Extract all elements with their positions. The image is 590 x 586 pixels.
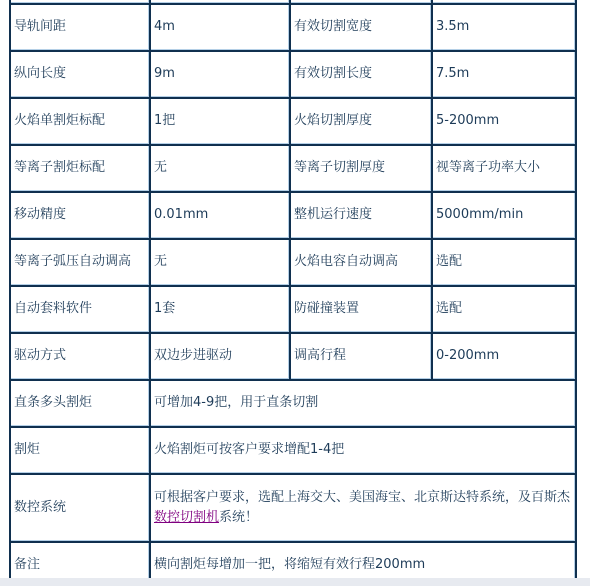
table-row: 移动精度 0.01mm 整机运行速度 5000mm/min bbox=[10, 192, 576, 239]
spec-value: 1套 bbox=[150, 286, 290, 333]
page-footer-strip bbox=[0, 578, 590, 586]
spec-value: 0-200mm bbox=[432, 333, 576, 380]
spec-value: 4m bbox=[150, 4, 290, 51]
spec-label: 火焰切割厚度 bbox=[290, 98, 432, 145]
spec-label: 火焰电容自动调高 bbox=[290, 239, 432, 286]
table-row: 导轨间距 4m 有效切割宽度 3.5m bbox=[10, 4, 576, 51]
spec-label: 自动套料软件 bbox=[10, 286, 150, 333]
table-row: 纵向长度 9m 有效切割长度 7.5m bbox=[10, 51, 576, 98]
spec-label: 有效切割长度 bbox=[290, 51, 432, 98]
spec-value: 9m bbox=[150, 51, 290, 98]
spec-label: 等离子切割厚度 bbox=[290, 145, 432, 192]
table-row: 自动套料软件 1套 防碰撞装置 选配 bbox=[10, 286, 576, 333]
cnc-cutting-machine-link[interactable]: 数控切割机 bbox=[154, 510, 219, 525]
spec-value: 双边步进驱动 bbox=[150, 333, 290, 380]
spec-value-wide: 可根据客户要求，选配上海交大、美国海宝、北京斯达特系统，及百斯杰数控切割机系统！ bbox=[150, 474, 576, 542]
spec-label: 有效切割宽度 bbox=[290, 4, 432, 51]
spec-value: 7.5m bbox=[432, 51, 576, 98]
table-row: 等离子弧压自动调高 无 火焰电容自动调高 选配 bbox=[10, 239, 576, 286]
table-row: 驱动方式 双边步进驱动 调高行程 0-200mm bbox=[10, 333, 576, 380]
spec-label: 等离子割炬标配 bbox=[10, 145, 150, 192]
spec-label: 割炬 bbox=[10, 427, 150, 474]
spec-label: 导轨间距 bbox=[10, 4, 150, 51]
spec-label: 纵向长度 bbox=[10, 51, 150, 98]
table-row-cnc-system: 数控系统 可根据客户要求，选配上海交大、美国海宝、北京斯达特系统，及百斯杰数控切… bbox=[10, 474, 576, 542]
spec-table: 导轨间距 4m 有效切割宽度 3.5m 纵向长度 9m 有效切割长度 7.5m … bbox=[9, 0, 577, 586]
spec-value: 1把 bbox=[150, 98, 290, 145]
spec-value: 3.5m bbox=[432, 4, 576, 51]
cnc-value-text: 可根据客户要求，选配上海交大、美国海宝、北京斯达特系统，及百斯杰 bbox=[154, 490, 570, 505]
spec-table-container: 导轨间距 4m 有效切割宽度 3.5m 纵向长度 9m 有效切割长度 7.5m … bbox=[9, 0, 577, 586]
spec-value: 0.01mm bbox=[150, 192, 290, 239]
spec-label: 调高行程 bbox=[290, 333, 432, 380]
table-row: 直条多头割炬 可增加4-9把，用于直条切割 bbox=[10, 380, 576, 427]
table-row: 割炬 火焰割炬可按客户要求增配1-4把 bbox=[10, 427, 576, 474]
table-row: 等离子割炬标配 无 等离子切割厚度 视等离子功率大小 bbox=[10, 145, 576, 192]
cnc-value-text-after: 系统！ bbox=[219, 510, 258, 525]
spec-value: 5-200mm bbox=[432, 98, 576, 145]
spec-value-wide: 火焰割炬可按客户要求增配1-4把 bbox=[150, 427, 576, 474]
spec-value: 选配 bbox=[432, 286, 576, 333]
spec-value: 5000mm/min bbox=[432, 192, 576, 239]
page: 导轨间距 4m 有效切割宽度 3.5m 纵向长度 9m 有效切割长度 7.5m … bbox=[0, 0, 590, 586]
spec-value: 无 bbox=[150, 145, 290, 192]
spec-label: 整机运行速度 bbox=[290, 192, 432, 239]
spec-label: 驱动方式 bbox=[10, 333, 150, 380]
spec-label: 数控系统 bbox=[10, 474, 150, 542]
spec-label: 等离子弧压自动调高 bbox=[10, 239, 150, 286]
spec-label: 移动精度 bbox=[10, 192, 150, 239]
spec-value: 视等离子功率大小 bbox=[432, 145, 576, 192]
spec-value: 选配 bbox=[432, 239, 576, 286]
spec-label: 直条多头割炬 bbox=[10, 380, 150, 427]
spec-value-wide: 可增加4-9把，用于直条切割 bbox=[150, 380, 576, 427]
table-row: 火焰单割炬标配 1把 火焰切割厚度 5-200mm bbox=[10, 98, 576, 145]
spec-value: 无 bbox=[150, 239, 290, 286]
spec-label: 防碰撞装置 bbox=[290, 286, 432, 333]
spec-label: 火焰单割炬标配 bbox=[10, 98, 150, 145]
